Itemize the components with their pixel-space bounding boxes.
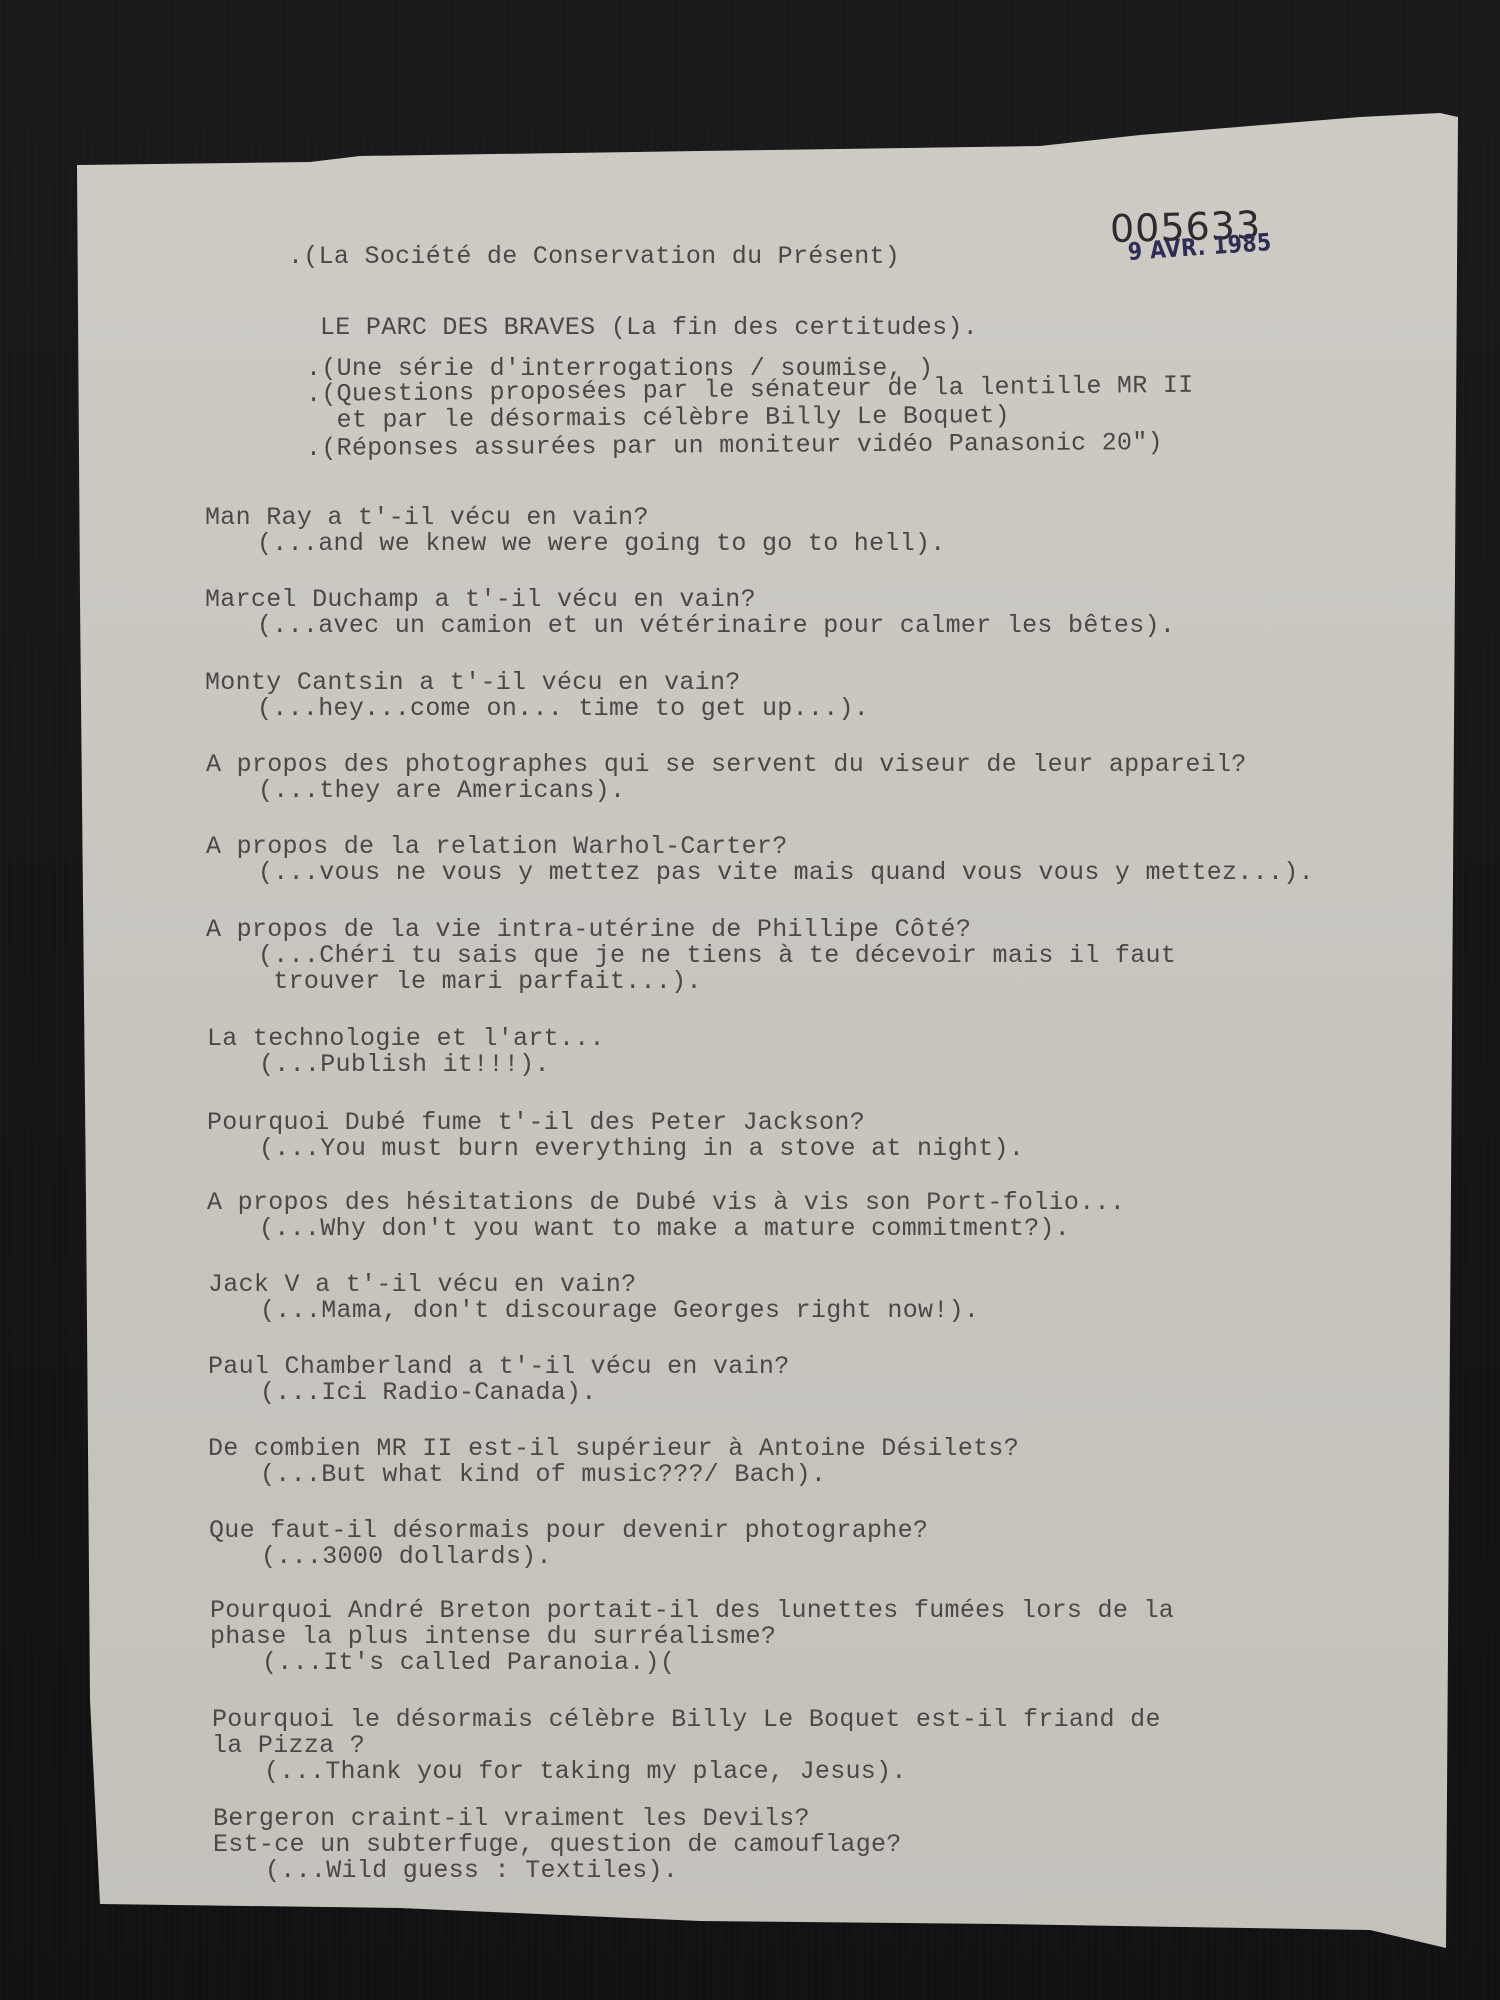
- question-text: Monty Cantsin a t'-il vécu en vain?: [205, 670, 741, 695]
- question-text: Paul Chamberland a t'-il vécu en vain?: [208, 1354, 790, 1379]
- answer-text: (...Why don't you want to make a mature …: [259, 1216, 1070, 1241]
- answer-text: (...hey...come on... time to get up...).: [257, 696, 869, 721]
- question-text: Est-ce un subterfuge, question de camouf…: [213, 1832, 902, 1857]
- answer-text: (...Publish it!!!).: [259, 1052, 550, 1077]
- answer-text: (...Chéri tu sais que je ne tiens à te d…: [258, 943, 1176, 968]
- header-note: .(Réponses assurées par un moniteur vidé…: [306, 430, 1163, 461]
- question-text: Bergeron craint-il vraiment les Devils?: [213, 1806, 810, 1831]
- answer-text: (...Mama, don't discourage Georges right…: [260, 1298, 979, 1323]
- header-note: et par le désormais célèbre Billy Le Boq…: [306, 403, 1010, 433]
- question-text: De combien MR II est-il supérieur à Anto…: [208, 1436, 1019, 1461]
- document-title: LE PARC DES BRAVES (La fin des certitude…: [320, 315, 978, 340]
- header-note: .(Questions proposées par le sénateur de…: [306, 373, 1194, 407]
- question-text: A propos de la vie intra-utérine de Phil…: [206, 917, 971, 942]
- question-text: Marcel Duchamp a t'-il vécu en vain?: [205, 587, 756, 612]
- answer-text: (...You must burn everything in a stove …: [259, 1136, 1024, 1161]
- answer-text: (...avec un camion et un vétérinaire pou…: [257, 613, 1175, 638]
- answer-text: (...vous ne vous y mettez pas vite mais …: [258, 860, 1314, 885]
- question-text: A propos des photographes qui se servent…: [206, 752, 1247, 777]
- question-text: A propos de la relation Warhol-Carter?: [206, 834, 788, 859]
- typewritten-document: 005633 9 AVR. 1985 .(La Société de Conse…: [0, 0, 1500, 2000]
- answer-text: (...Ici Radio-Canada).: [260, 1380, 597, 1405]
- answer-text: (...But what kind of music???/ Bach).: [260, 1462, 826, 1487]
- question-text: phase la plus intense du surréalisme?: [210, 1624, 776, 1649]
- question-text: Man Ray a t'-il vécu en vain?: [205, 505, 649, 530]
- question-text: Pourquoi Dubé fume t'-il des Peter Jacks…: [207, 1110, 865, 1135]
- society-line: .(La Société de Conservation du Présent): [288, 244, 900, 269]
- question-text: A propos des hésitations de Dubé vis à v…: [207, 1190, 1125, 1215]
- question-text: Pourquoi le désormais célèbre Billy Le B…: [212, 1707, 1161, 1732]
- answer-text: (...they are Americans).: [258, 778, 625, 803]
- answer-text: trouver le mari parfait...).: [258, 969, 702, 994]
- question-text: Pourquoi André Breton portait-il des lun…: [210, 1598, 1174, 1623]
- question-text: Que faut-il désormais pour devenir photo…: [209, 1518, 928, 1543]
- answer-text: (...Wild guess : Textiles).: [265, 1858, 678, 1883]
- answer-text: (...It's called Paranoia.)(: [262, 1650, 675, 1675]
- question-text: Jack V a t'-il vécu en vain?: [208, 1272, 636, 1297]
- answer-text: (...3000 dollards).: [261, 1544, 552, 1569]
- answer-text: (...and we knew we were going to go to h…: [257, 531, 946, 556]
- answer-text: (...Thank you for taking my place, Jesus…: [264, 1759, 907, 1784]
- question-text: la Pizza ?: [212, 1733, 365, 1758]
- question-text: La technologie et l'art...: [207, 1026, 605, 1051]
